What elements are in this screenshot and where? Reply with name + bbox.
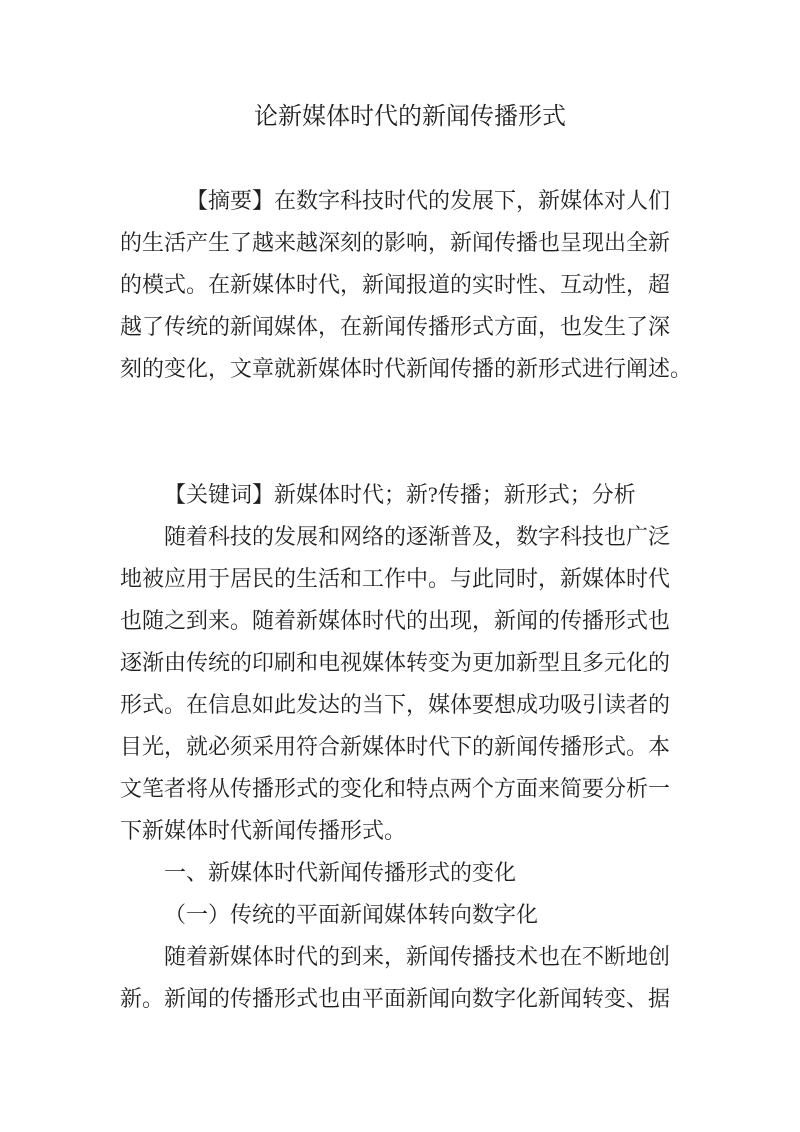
section-line: 新。新闻的传播形式也由平面新闻向数字化新闻转变、据 — [120, 978, 670, 1020]
abstract-line: 【摘要】在数字科技时代的发展下，新媒体对人们 — [120, 180, 670, 222]
abstract-paragraph: 【摘要】在数字科技时代的发展下，新媒体对人们 的生活产生了越来越深刻的影响，新闻… — [120, 180, 670, 390]
abstract-line: 的模式。在新媒体时代，新闻报道的实时性、互动性，超 — [120, 264, 670, 306]
subsection-heading: （一）传统的平面新闻媒体转向数字化 — [120, 894, 670, 936]
intro-paragraph: 随着科技的发展和网络的逐渐普及，数字科技也广泛 地被应用于居民的生活和工作中。与… — [120, 516, 670, 852]
intro-line: 形式。在信息如此发达的当下，媒体要想成功吸引读者的 — [120, 684, 670, 726]
abstract-line: 刻的变化，文章就新媒体时代新闻传播的新形式进行阐述。 — [120, 348, 670, 390]
intro-line: 下新媒体时代新闻传播形式。 — [120, 810, 670, 852]
section-heading: 一、新媒体时代新闻传播形式的变化 — [120, 852, 670, 894]
intro-line: 也随之到来。随着新媒体时代的出现，新闻的传播形式也 — [120, 600, 670, 642]
keywords-line: 【关键词】新媒体时代；新?传播；新形式；分析 — [120, 474, 670, 516]
intro-line: 目光，就必须采用符合新媒体时代下的新闻传播形式。本 — [120, 726, 670, 768]
intro-line: 逐渐由传统的印刷和电视媒体转变为更加新型且多元化的 — [120, 642, 670, 684]
section-paragraph: 随着新媒体时代的到来，新闻传播技术也在不断地创 新。新闻的传播形式也由平面新闻向… — [120, 936, 670, 1020]
document-page: 论新媒体时代的新闻传播形式 【摘要】在数字科技时代的发展下，新媒体对人们 的生活… — [0, 0, 800, 1132]
section-line: 随着新媒体时代的到来，新闻传播技术也在不断地创 — [120, 936, 670, 978]
abstract-line: 越了传统的新闻媒体，在新闻传播形式方面，也发生了深 — [120, 306, 670, 348]
document-title: 论新媒体时代的新闻传播形式 — [120, 96, 670, 138]
intro-line: 文笔者将从传播形式的变化和特点两个方面来简要分析一 — [120, 768, 670, 810]
intro-line: 随着科技的发展和网络的逐渐普及，数字科技也广泛 — [120, 516, 670, 558]
abstract-line: 的生活产生了越来越深刻的影响，新闻传播也呈现出全新 — [120, 222, 670, 264]
document-text-block: 论新媒体时代的新闻传播形式 【摘要】在数字科技时代的发展下，新媒体对人们 的生活… — [120, 96, 670, 1020]
intro-line: 地被应用于居民的生活和工作中。与此同时，新媒体时代 — [120, 558, 670, 600]
